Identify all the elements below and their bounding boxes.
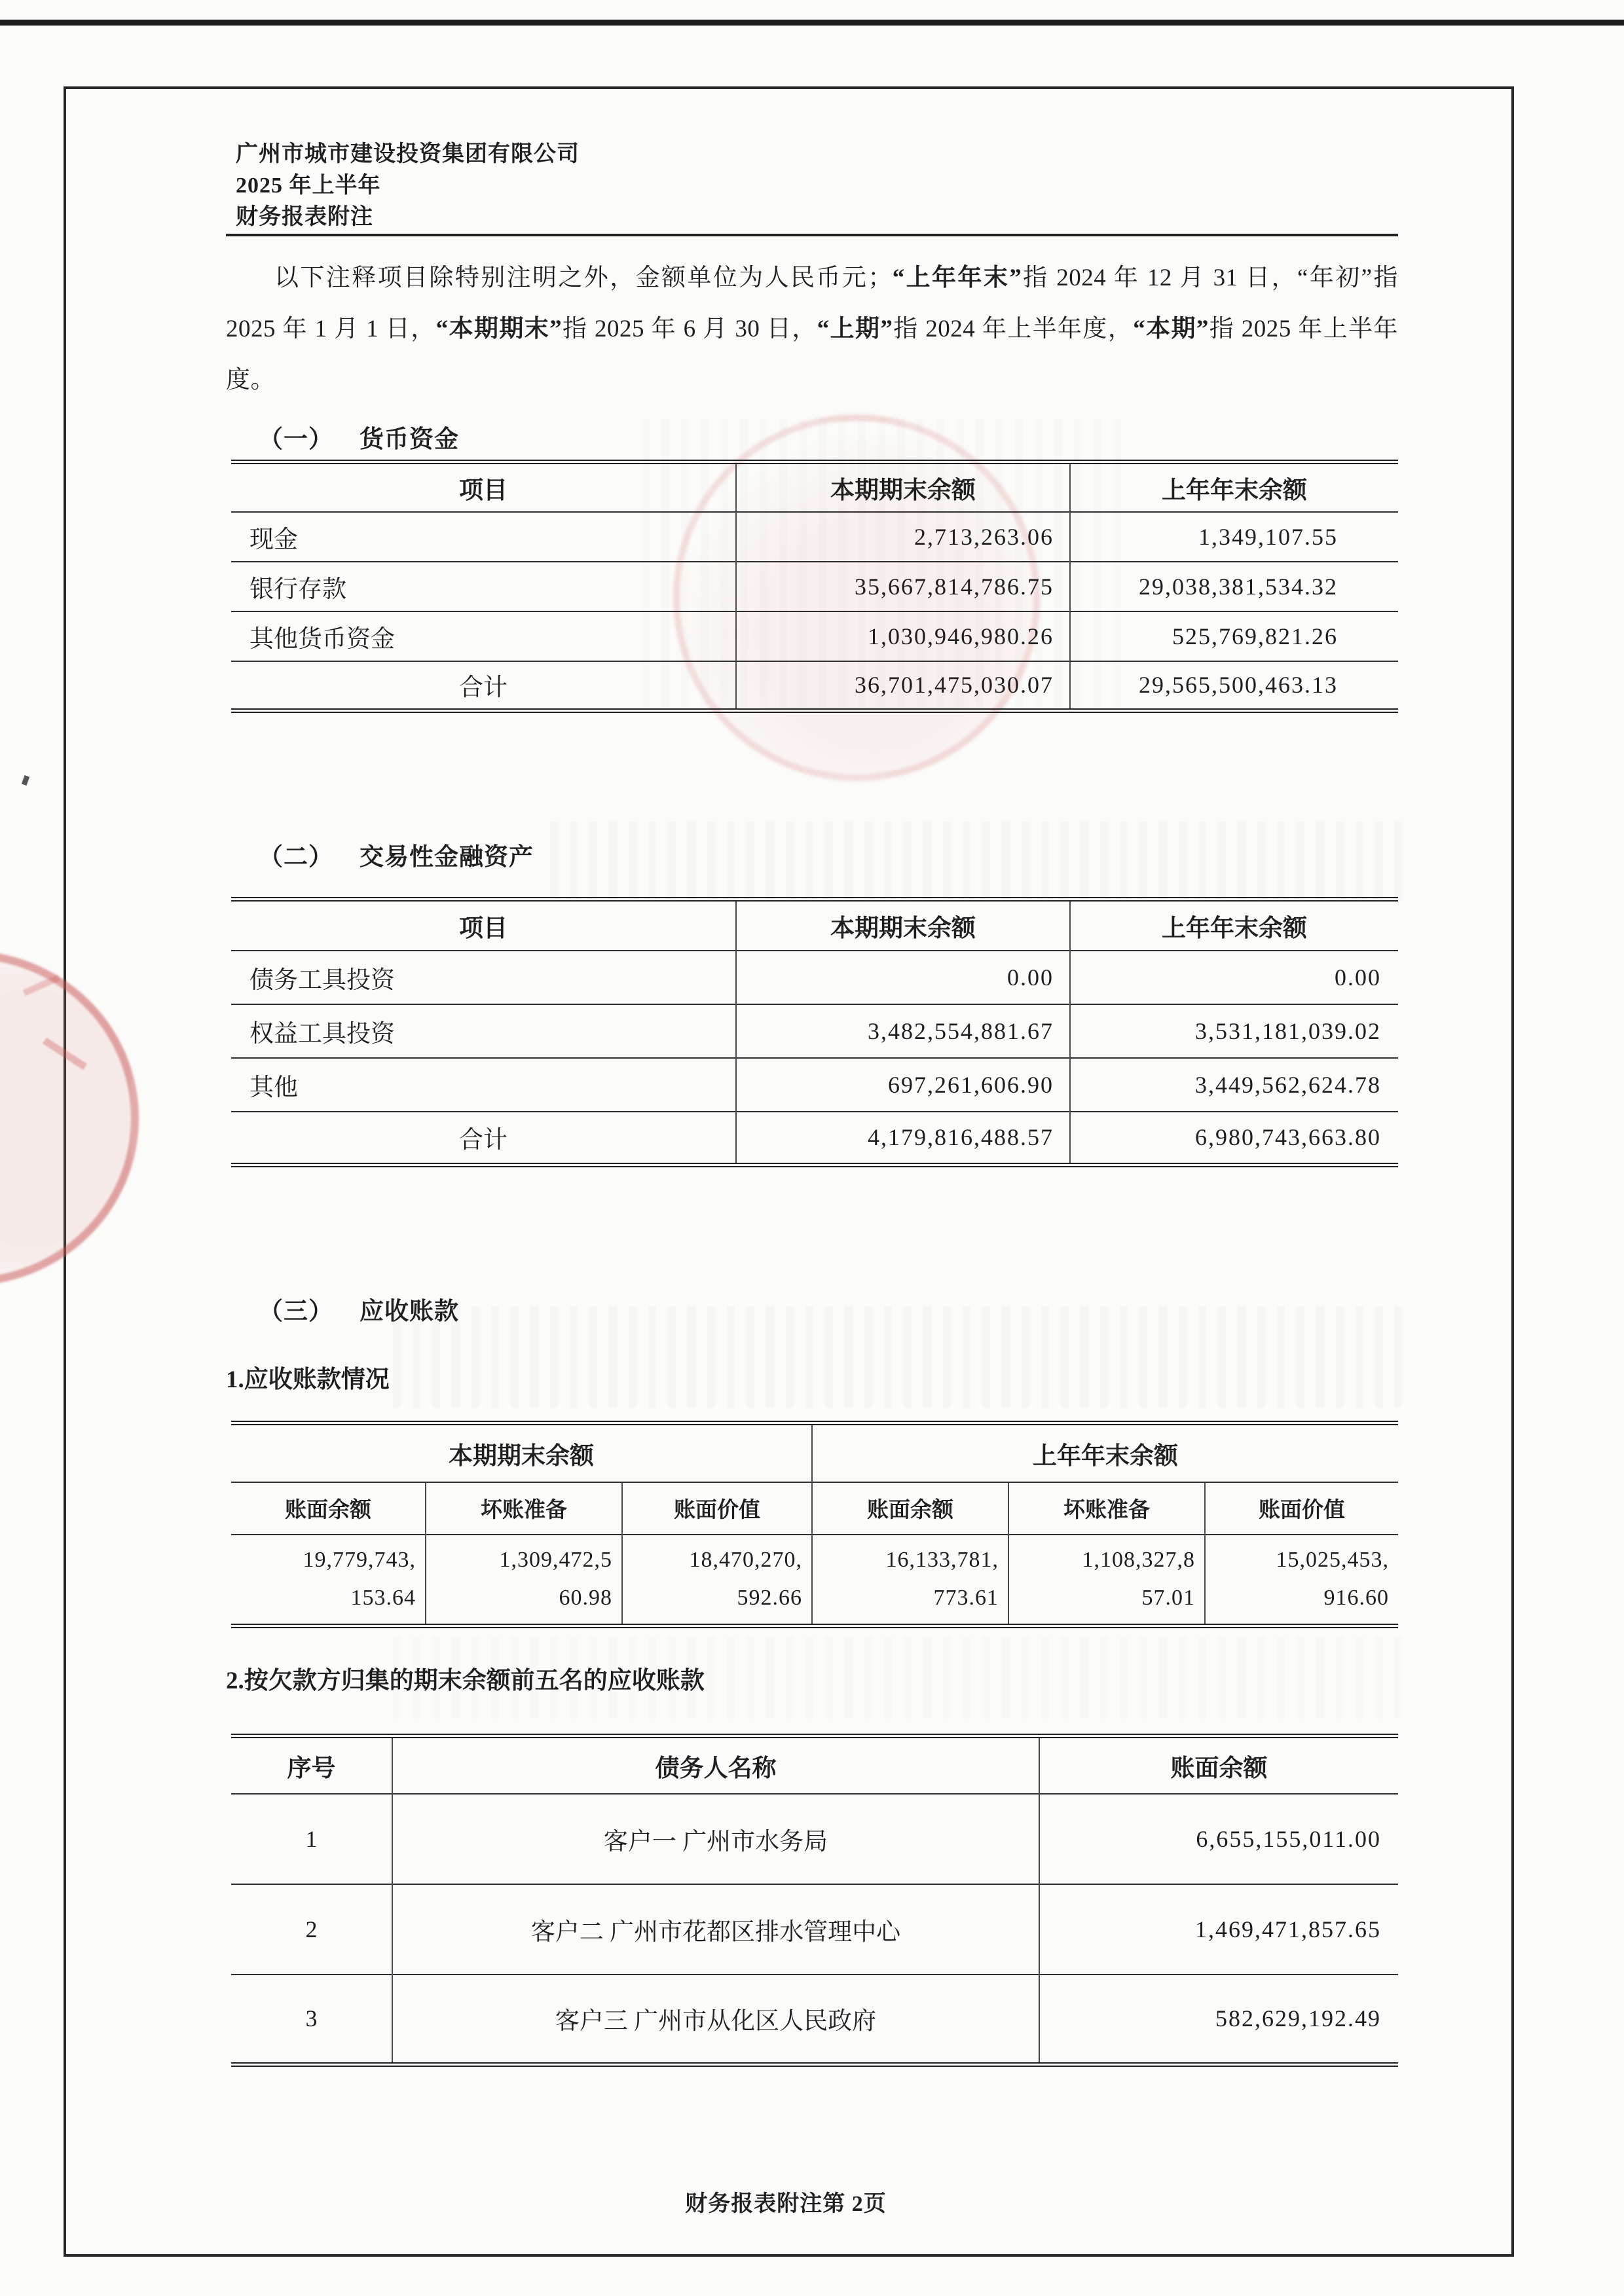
cell-serial: 3	[231, 1975, 392, 2065]
col-header-current: 本期期末余额	[736, 900, 1070, 951]
total-label: 合计	[231, 1112, 736, 1165]
cell-prior-value: 3,449,562,624.78	[1070, 1058, 1398, 1112]
row-label: 现金	[231, 512, 736, 562]
intro-term-prior-period: “上期”	[817, 316, 893, 342]
col-header-book-balance: 账面余额	[231, 1482, 426, 1535]
section-1-label: （一）	[259, 426, 333, 453]
scan-edge-artifact	[0, 20, 1624, 26]
table-header-row: 项目 本期期末余额 上年年末余额	[231, 462, 1398, 512]
table-total-row: 合计 4,179,816,488.57 6,980,743,663.80	[231, 1112, 1398, 1165]
table-monetary-funds: 项目 本期期末余额 上年年末余额 现金 2,713,263.06 1,349,1…	[231, 460, 1398, 713]
subsection-1-heading: 1.应收账款情况	[226, 1366, 390, 1394]
table-header-row: 项目 本期期末余额 上年年末余额	[231, 900, 1398, 951]
cell-value: 18,470,270, 592.66	[622, 1535, 812, 1626]
cell-debtor-name: 客户二 广州市花都区排水管理中心	[392, 1884, 1039, 1975]
cell-value: 16,133,781, 773.61	[812, 1535, 1008, 1626]
table-trading-financial-assets: 项目 本期期末余额 上年年末余额 债务工具投资 0.00 0.00 权益工具投资…	[231, 897, 1398, 1167]
col-header-book-value: 账面价值	[622, 1482, 812, 1535]
col-header-prior: 上年年末余额	[1070, 900, 1398, 951]
table-row: 3 客户三 广州市从化区人民政府 582,629,192.49	[231, 1975, 1398, 2065]
cell-prior-value: 29,038,381,534.32	[1070, 562, 1398, 611]
row-label: 权益工具投资	[231, 1004, 736, 1058]
scan-speck	[22, 775, 29, 786]
footer-page-number: 财务报表附注第 2页	[226, 2185, 1346, 2217]
section-1-title: 货币资金	[360, 426, 459, 453]
section-3-heading: （三）应收账款	[259, 1298, 459, 1326]
table-total-row: 合计 36,701,475,030.07 29,565,500,463.13	[231, 661, 1398, 711]
section-1-heading: （一）货币资金	[259, 426, 459, 454]
intro-term-prior-year-end: “上年年末”	[893, 264, 1022, 291]
cell-current-value: 0.00	[736, 951, 1070, 1004]
table-header-row: 序号 债务人名称 账面余额	[231, 1736, 1398, 1794]
row-label: 其他货币资金	[231, 611, 736, 661]
document-header: 广州市城市建设投资集团有限公司 2025 年上半年 财务报表附注	[236, 139, 580, 233]
table-row: 19,779,743, 153.64 1,309,472,5 60.98 18,…	[231, 1535, 1398, 1626]
intro-segment: 指 2024 年上半年度，	[893, 316, 1133, 342]
group-header-prior: 上年年末余额	[812, 1423, 1398, 1482]
col-header-item: 项目	[231, 462, 736, 512]
col-header-prior: 上年年末余额	[1070, 462, 1398, 512]
intro-term-current-period: “本期”	[1133, 316, 1209, 342]
cell-prior-value: 0.00	[1070, 951, 1398, 1004]
cell-current-value: 697,261,606.90	[736, 1058, 1070, 1112]
section-2-label: （二）	[259, 844, 333, 871]
report-period: 2025 年上半年	[236, 170, 580, 202]
cell-value: 1,309,472,5 60.98	[426, 1535, 622, 1626]
table-row: 其他货币资金 1,030,946,980.26 525,769,821.26	[231, 611, 1398, 661]
total-label: 合计	[231, 661, 736, 711]
row-label: 银行存款	[231, 562, 736, 611]
cell-current-value: 1,030,946,980.26	[736, 611, 1070, 661]
intro-segment: 以下注释项目除特别注明之外，金额单位为人民币元；	[274, 264, 893, 291]
col-header-serial: 序号	[231, 1736, 392, 1794]
table-row: 1 客户一 广州市水务局 6,655,155,011.00	[231, 1794, 1398, 1884]
cell-value: 15,025,453, 916.60	[1205, 1535, 1398, 1626]
cell-balance: 1,469,471,857.65	[1039, 1884, 1398, 1975]
col-header-current: 本期期末余额	[736, 462, 1070, 512]
col-header-bad-debt-provision: 坏账准备	[1008, 1482, 1205, 1535]
cell-prior-value: 3,531,181,039.02	[1070, 1004, 1398, 1058]
col-header-item: 项目	[231, 900, 736, 951]
intro-segment: 指 2025 年 6 月 30 日，	[562, 316, 817, 342]
table-row: 权益工具投资 3,482,554,881.67 3,531,181,039.02	[231, 1004, 1398, 1058]
doc-title: 财务报表附注	[236, 202, 580, 233]
cell-prior-value: 525,769,821.26	[1070, 611, 1398, 661]
cell-serial: 2	[231, 1884, 392, 1975]
header-rule	[226, 234, 1398, 236]
total-prior-value: 6,980,743,663.80	[1070, 1112, 1398, 1165]
intro-paragraph: 以下注释项目除特别注明之外，金额单位为人民币元；“上年年末”指 2024 年 1…	[226, 253, 1398, 406]
intro-term-period-end: “本期期末”	[436, 316, 562, 342]
cell-current-value: 3,482,554,881.67	[736, 1004, 1070, 1058]
subsection-2-heading: 2.按欠款方归集的期末余额前五名的应收账款	[226, 1667, 705, 1696]
cell-current-value: 35,667,814,786.75	[736, 562, 1070, 611]
table-group-header-row: 本期期末余额 上年年末余额	[231, 1423, 1398, 1482]
cell-prior-value: 1,349,107.55	[1070, 512, 1398, 562]
total-prior-value: 29,565,500,463.13	[1070, 661, 1398, 711]
cell-balance: 6,655,155,011.00	[1039, 1794, 1398, 1884]
group-header-current: 本期期末余额	[231, 1423, 812, 1482]
section-3-label: （三）	[259, 1298, 333, 1325]
col-header-balance: 账面余额	[1039, 1736, 1398, 1794]
company-name: 广州市城市建设投资集团有限公司	[236, 139, 580, 170]
col-header-book-balance: 账面余额	[812, 1482, 1008, 1535]
row-label: 债务工具投资	[231, 951, 736, 1004]
cell-current-value: 2,713,263.06	[736, 512, 1070, 562]
total-current-value: 4,179,816,488.57	[736, 1112, 1070, 1165]
scanned-financial-notes-page: { "colors": { "ink": "#1f1f1f", "stamp_r…	[0, 0, 1624, 2296]
col-header-bad-debt-provision: 坏账准备	[426, 1482, 622, 1535]
table-receivables-summary: 本期期末余额 上年年末余额 账面余额 坏账准备 账面价值 账面余额 坏账准备 账…	[231, 1421, 1398, 1628]
cell-value: 19,779,743, 153.64	[231, 1535, 426, 1626]
table-row: 现金 2,713,263.06 1,349,107.55	[231, 512, 1398, 562]
section-2-heading: （二）交易性金融资产	[259, 843, 534, 872]
row-label: 其他	[231, 1058, 736, 1112]
col-header-debtor: 债务人名称	[392, 1736, 1039, 1794]
table-row: 银行存款 35,667,814,786.75 29,038,381,534.32	[231, 562, 1398, 611]
table-row: 其他 697,261,606.90 3,449,562,624.78	[231, 1058, 1398, 1112]
table-subheader-row: 账面余额 坏账准备 账面价值 账面余额 坏账准备 账面价值	[231, 1482, 1398, 1535]
cell-serial: 1	[231, 1794, 392, 1884]
total-current-value: 36,701,475,030.07	[736, 661, 1070, 711]
table-row: 债务工具投资 0.00 0.00	[231, 951, 1398, 1004]
col-header-book-value: 账面价值	[1205, 1482, 1398, 1535]
section-2-title: 交易性金融资产	[360, 844, 534, 871]
cell-debtor-name: 客户一 广州市水务局	[392, 1794, 1039, 1884]
cell-debtor-name: 客户三 广州市从化区人民政府	[392, 1975, 1039, 2065]
section-3-title: 应收账款	[360, 1298, 459, 1325]
cell-balance: 582,629,192.49	[1039, 1975, 1398, 2065]
table-row: 2 客户二 广州市花都区排水管理中心 1,469,471,857.65	[231, 1884, 1398, 1975]
cell-value: 1,108,327,8 57.01	[1008, 1535, 1205, 1626]
table-top-debtors: 序号 债务人名称 账面余额 1 客户一 广州市水务局 6,655,155,011…	[231, 1734, 1398, 2067]
